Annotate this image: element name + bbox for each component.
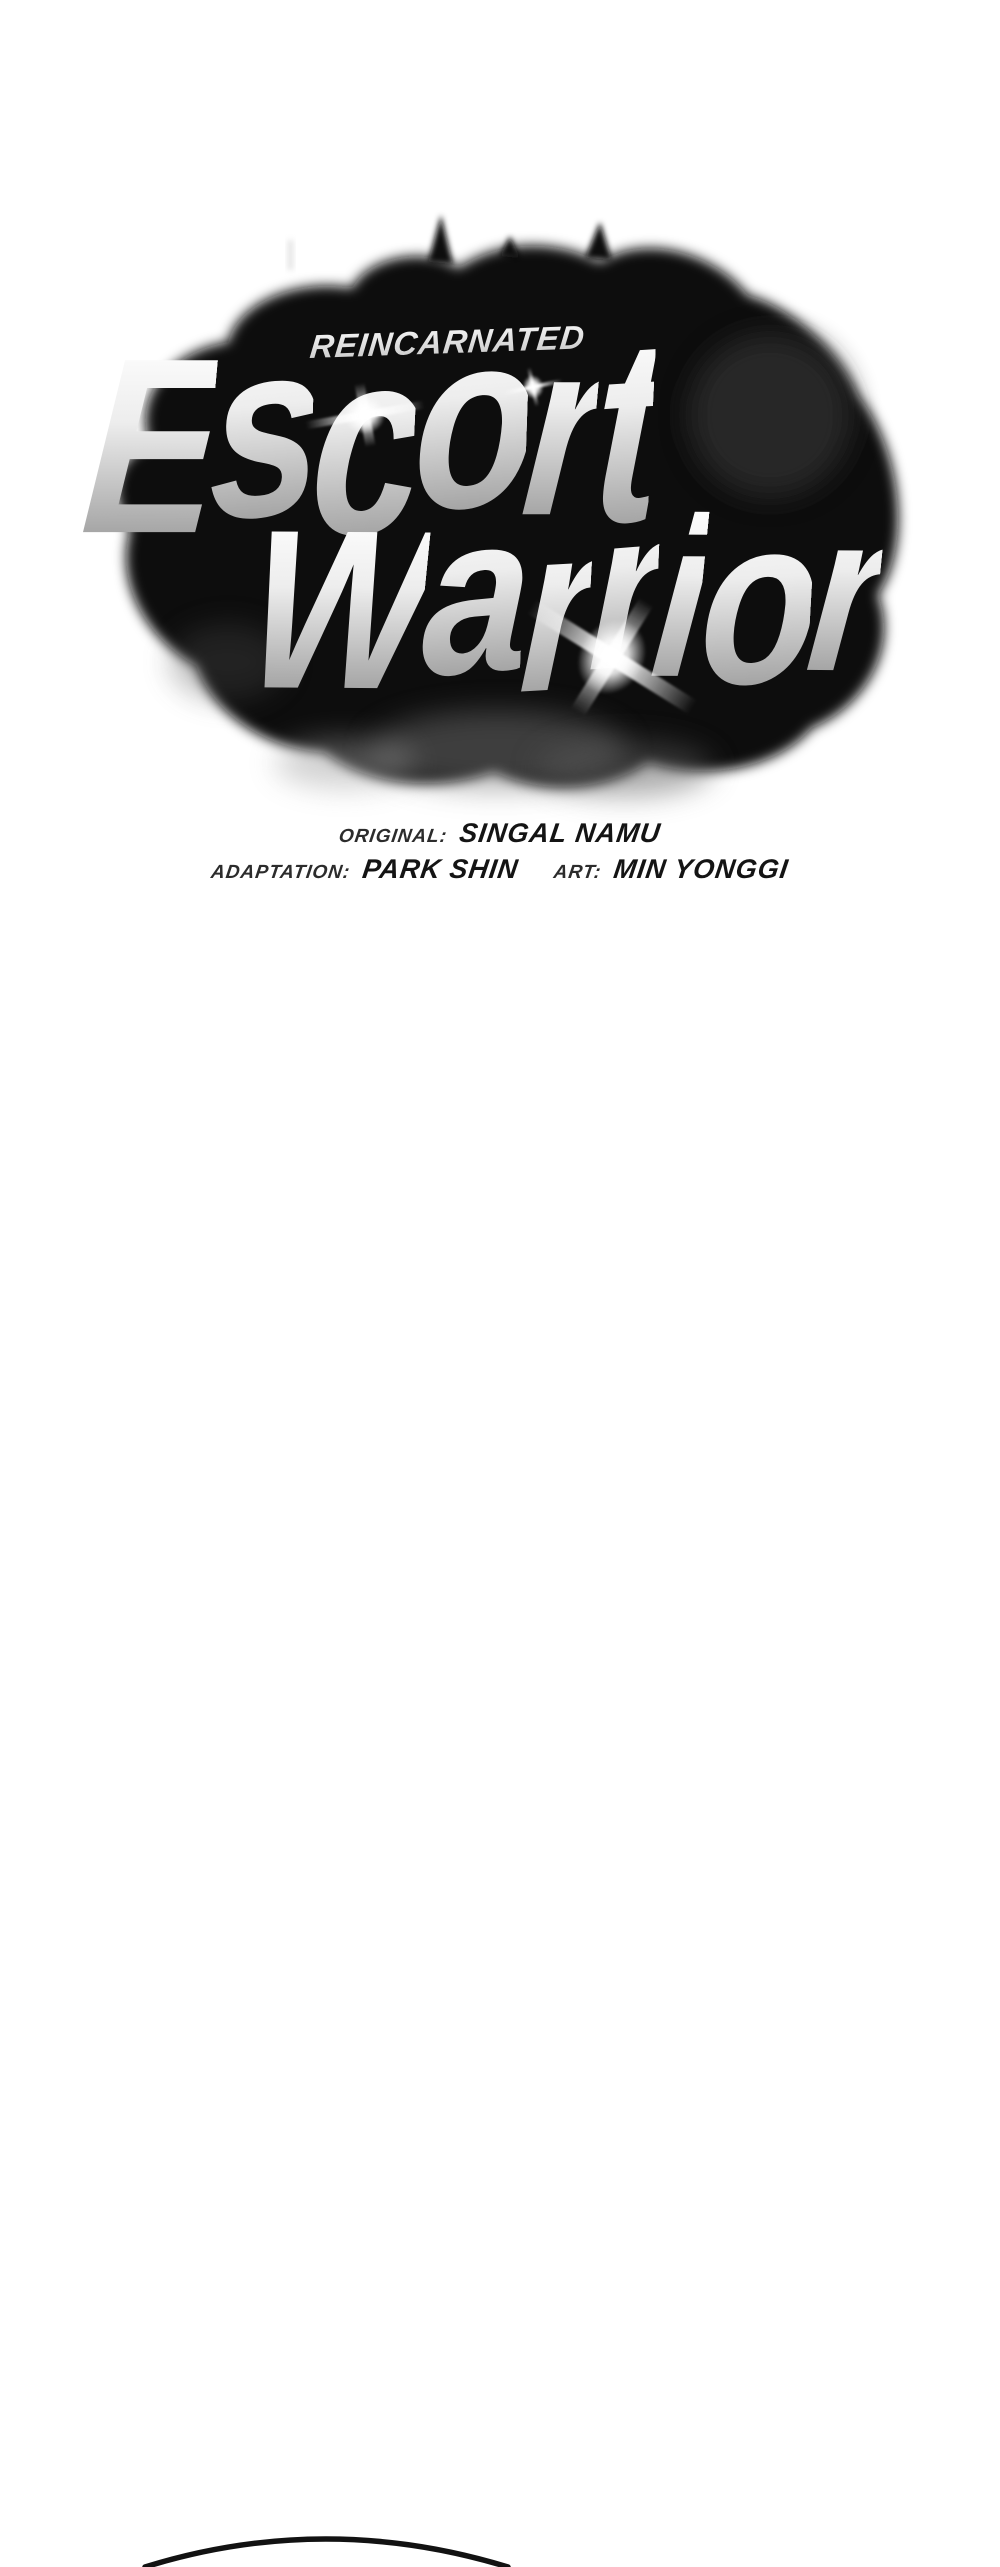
ink-wash-bottom-left	[275, 738, 415, 788]
series-title-line-2: Warrior	[242, 473, 887, 721]
ink-wash-bottom-right	[537, 740, 713, 796]
ink-spike-1	[428, 215, 453, 264]
credit-original: ORIGINAL: SINGAL NAMU	[337, 818, 663, 849]
ink-spike-2	[585, 222, 612, 260]
ink-drip-streak	[288, 240, 293, 270]
credit-name: SINGAL NAMU	[457, 818, 662, 849]
credits-row-original: ORIGINAL: SINGAL NAMU	[0, 818, 1000, 849]
credit-name: PARK SHIN	[361, 854, 521, 885]
credit-label: ORIGINAL:	[337, 826, 448, 848]
credit-label: ADAPTATION:	[210, 862, 352, 884]
webtoon-title-page: REINCARNATED Escort Warrior ORIGINAL: SI…	[0, 0, 1000, 2567]
next-panel-arc	[145, 2539, 508, 2567]
credits-row-adaptation-art: ADAPTATION: PARK SHIN ART: MIN YONGGI	[0, 854, 1000, 885]
credit-label: ART:	[552, 862, 603, 884]
credit-name: MIN YONGGI	[612, 854, 791, 885]
credit-adaptation: ADAPTATION: PARK SHIN	[209, 854, 520, 885]
credit-art: ART: MIN YONGGI	[552, 854, 791, 885]
